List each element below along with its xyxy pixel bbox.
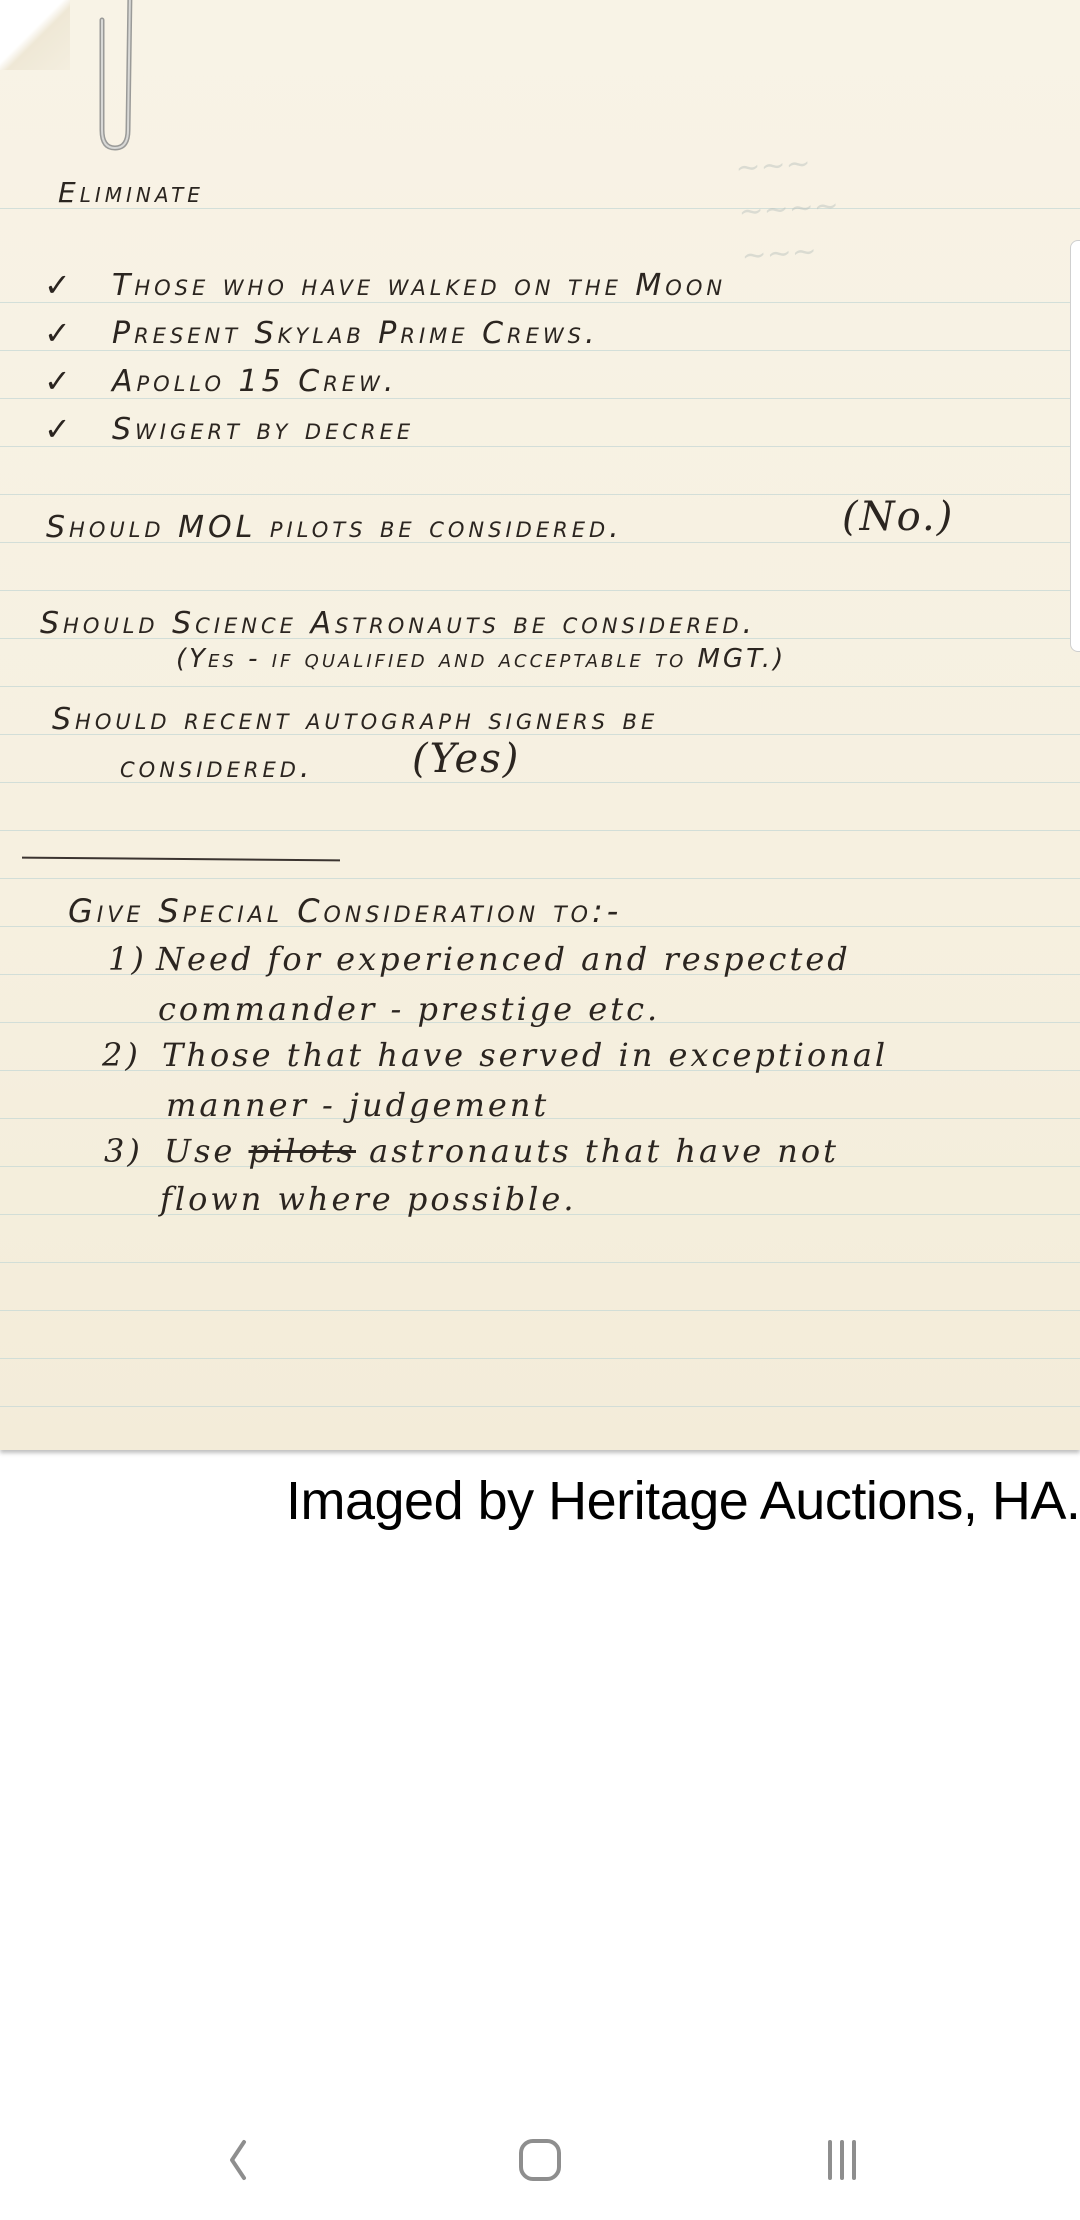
rule-line xyxy=(0,686,1080,687)
check-icon: ✓ xyxy=(44,410,71,448)
home-rounded-square-icon xyxy=(517,2137,563,2183)
heading-eliminate: Eliminate xyxy=(58,176,204,209)
question-autograph-signers: Should recent autograph signers be xyxy=(52,702,658,737)
recents-bars-icon xyxy=(822,2138,862,2182)
rule-line xyxy=(0,1406,1080,1407)
eliminate-item: Swigert by decree xyxy=(112,412,414,447)
folded-corner xyxy=(0,0,70,70)
special-item-3-line1: Use pilots astronauts that have not xyxy=(164,1132,839,1170)
recents-button[interactable] xyxy=(802,2125,882,2195)
special-item-1-line1: Need for experienced and respected xyxy=(156,940,851,978)
eliminate-item: Apollo 15 Crew. xyxy=(112,364,397,399)
rule-line xyxy=(0,1310,1080,1311)
rule-line xyxy=(0,590,1080,591)
special-item-number: 1) xyxy=(108,940,147,978)
struck-word: pilots xyxy=(249,1132,357,1170)
faint-bleedthrough-writing: ~~~~~~~~~~ xyxy=(734,133,946,327)
home-button[interactable] xyxy=(500,2125,580,2195)
special-item-2-line1: Those that have served in exceptional xyxy=(162,1036,888,1074)
system-navigation-bar xyxy=(0,2100,1080,2220)
question-autograph-signers-cont: considered. xyxy=(120,750,313,785)
special-item-2-line2: manner - judgement xyxy=(166,1086,549,1124)
answer-science-astronauts: (Yes - if qualified and acceptable to MG… xyxy=(176,644,786,674)
special-item-1-line2: commander - prestige etc. xyxy=(158,990,660,1028)
document-image: ~~~~~~~~~~ Eliminate ✓ Those who have wa… xyxy=(0,0,1080,1450)
paperclip-icon xyxy=(90,0,140,160)
answer-mol-pilots: (No.) xyxy=(842,494,954,540)
check-icon: ✓ xyxy=(44,266,71,304)
question-science-astronauts: Should Science Astronauts be considered. xyxy=(40,606,756,641)
check-icon: ✓ xyxy=(44,314,71,352)
image-caption: Imaged by Heritage Auctions, HA.com xyxy=(286,1470,1080,1532)
divider-line xyxy=(22,857,340,862)
check-icon: ✓ xyxy=(44,362,71,400)
question-mol-pilots: Should MOL pilots be considered. xyxy=(46,510,623,545)
special-item-number: 2) xyxy=(102,1036,141,1074)
rule-line xyxy=(0,878,1080,879)
special-consideration-heading: Give Special Consideration to:- xyxy=(68,892,622,930)
special-item-3-line2: flown where possible. xyxy=(160,1180,577,1218)
edge-panel-handle[interactable] xyxy=(1070,240,1080,652)
special-item-3-prefix: Use xyxy=(164,1132,235,1170)
rule-line xyxy=(0,830,1080,831)
special-item-3-suffix: astronauts that have not xyxy=(369,1132,839,1170)
rule-line xyxy=(0,1358,1080,1359)
eliminate-item: Present Skylab Prime Crews. xyxy=(112,316,599,351)
eliminate-item: Those who have walked on the Moon xyxy=(112,268,726,303)
back-button[interactable] xyxy=(197,2125,277,2195)
back-chevron-icon xyxy=(222,2138,252,2182)
rule-line xyxy=(0,1262,1080,1263)
answer-autograph-signers: (Yes) xyxy=(412,736,520,782)
special-item-number: 3) xyxy=(104,1132,143,1170)
